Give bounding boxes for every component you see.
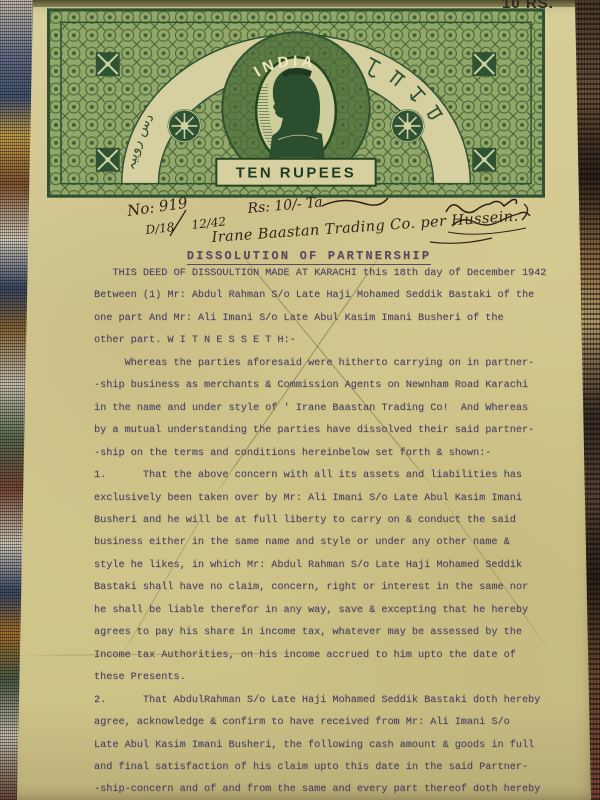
- typed-line: style he likes, in which Mr: Abdul Rahma…: [94, 555, 586, 577]
- typed-line: in the name and under style of ' Irane B…: [94, 398, 586, 420]
- typed-line: -ship business as merchants & Commission…: [94, 375, 586, 397]
- typed-line: agree, acknowledge & confirm to have rec…: [94, 712, 586, 734]
- handwritten-annotations: No: 919 D/18 12/42 Rs: 10/- Ta Irane Baa…: [0, 196, 600, 252]
- typed-line: -ship on the terms and conditions herein…: [94, 443, 586, 465]
- typed-line: Between (1) Mr: Abdul Rahman S/o Late Ha…: [94, 285, 586, 307]
- typed-line: Late Abul Kasim Imani Busheri, the follo…: [94, 735, 586, 757]
- typed-line: Bastaki shall have no claim, concern, ri…: [94, 577, 586, 599]
- typed-line: Busheri and he will be at full liberty t…: [94, 510, 586, 532]
- typed-line: THIS DEED OF DISSOULTION MADE AT KARACHI…: [94, 263, 586, 285]
- fee-note: Rs: 10/- Ta: [246, 196, 323, 217]
- fee-flourish: [322, 198, 388, 206]
- typed-line: and final satisfaction of his claim upto…: [94, 757, 586, 779]
- typed-line: Income tax Authorities, on his income ac…: [94, 645, 586, 667]
- typed-line: agrees to pay his share in income tax, w…: [94, 622, 586, 644]
- typed-line: exclusively been taken over by Mr: Ali I…: [94, 488, 586, 510]
- ten-rupee-stamp: دس روپیہ: [47, 8, 545, 198]
- stamp-paper-sheet: 10 RS. دس روپیہ: [0, 0, 600, 800]
- typed-line: 2. That AbdulRahman S/o Late Haji Mohame…: [94, 690, 586, 712]
- denomination-label: TEN RUPEES: [236, 165, 356, 182]
- typewritten-body: THIS DEED OF DISSOULTION MADE AT KARACHI…: [94, 263, 586, 800]
- typed-line: one part And Mr: Ali Imani S/o Late Abul…: [94, 308, 586, 330]
- typed-line: 1. That the above concern with all its a…: [94, 465, 586, 487]
- stamp-denomination-box: TEN RUPEES: [216, 159, 375, 186]
- photo-of-stamp-paper: { "stamp": { "corner_value": "10 RS.", "…: [0, 0, 600, 800]
- serial-number-note: No: 919: [125, 196, 189, 220]
- typed-line: other part. W I T N E S S E T H:-: [94, 330, 586, 352]
- typed-line: -ship-concern and of and from the same a…: [94, 779, 586, 800]
- typed-line: Whereas the parties aforesaid were hithe…: [94, 353, 586, 375]
- typed-line: business either in the same name and sty…: [94, 532, 586, 554]
- typed-line: by a mutual understanding the parties ha…: [94, 420, 586, 442]
- typed-line: he shall be liable therefor in any way, …: [94, 600, 586, 622]
- typed-line: these Presents.: [94, 667, 586, 689]
- firm-underline: [430, 238, 492, 243]
